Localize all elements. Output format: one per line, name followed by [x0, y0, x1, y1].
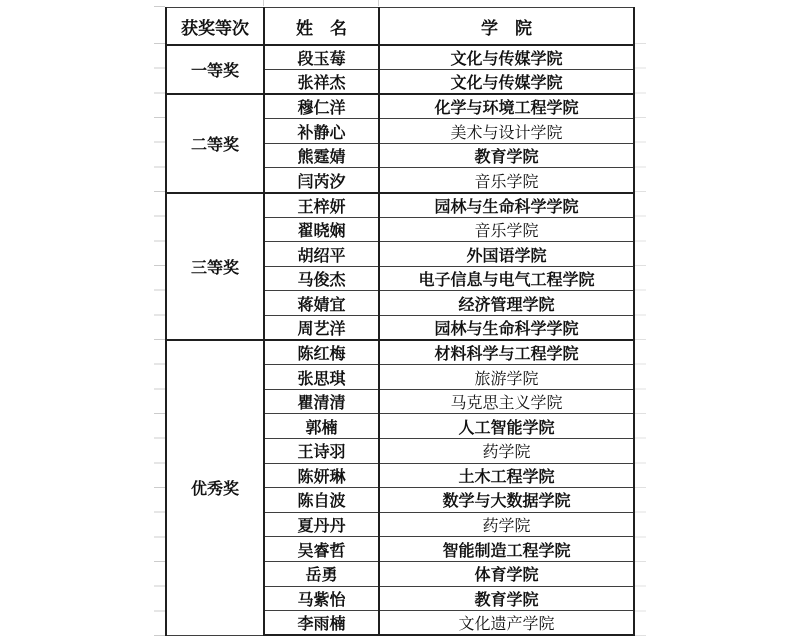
college-cell: 音乐学院 — [379, 217, 634, 242]
college-cell: 药学院 — [379, 439, 634, 464]
name-cell: 张思琪 — [264, 365, 379, 390]
college-cell: 音乐学院 — [379, 168, 634, 193]
name-cell: 郭楠 — [264, 414, 379, 439]
college-cell: 外国语学院 — [379, 242, 634, 267]
table-row: 二等奖 穆仁洋 化学与环境工程学院 — [166, 94, 634, 119]
name-cell: 陈自波 — [264, 488, 379, 513]
table-row: 优秀奖 陈红梅 材料科学与工程学院 — [166, 340, 634, 365]
college-cell: 教育学院 — [379, 586, 634, 611]
name-cell: 蒋婧宜 — [264, 291, 379, 316]
name-cell: 马紫怡 — [264, 586, 379, 611]
name-cell: 王诗羽 — [264, 439, 379, 464]
name-cell: 穆仁洋 — [264, 94, 379, 119]
college-cell: 文化遗产学院 — [379, 611, 634, 636]
gridline-stubs-left — [154, 43, 165, 636]
college-cell: 智能制造工程学院 — [379, 537, 634, 562]
name-cell: 夏丹丹 — [264, 512, 379, 537]
college-cell: 经济管理学院 — [379, 291, 634, 316]
page: 获奖等次 姓 名 学 院 一等奖 段玉莓 文化与传媒学院 张祥杰 文化与传媒学院… — [0, 0, 800, 642]
college-cell: 电子信息与电气工程学院 — [379, 266, 634, 291]
college-cell: 文化与传媒学院 — [379, 70, 634, 95]
name-cell: 李雨楠 — [264, 611, 379, 636]
gridline-stubs-right — [634, 43, 646, 636]
name-cell: 王梓妍 — [264, 193, 379, 218]
name-cell: 周艺洋 — [264, 316, 379, 341]
college-cell: 土木工程学院 — [379, 463, 634, 488]
college-cell: 旅游学院 — [379, 365, 634, 390]
name-cell: 闫芮汐 — [264, 168, 379, 193]
col-header-award-level: 获奖等次 — [166, 8, 264, 46]
name-cell: 补静心 — [264, 119, 379, 144]
name-cell: 陈妍琳 — [264, 463, 379, 488]
college-cell: 数学与大数据学院 — [379, 488, 634, 513]
name-cell: 瞿清清 — [264, 389, 379, 414]
name-cell: 翟晓娴 — [264, 217, 379, 242]
college-cell: 人工智能学院 — [379, 414, 634, 439]
name-cell: 岳勇 — [264, 561, 379, 586]
gridline-stub-header — [154, 6, 165, 7]
college-cell: 材料科学与工程学院 — [379, 340, 634, 365]
college-cell: 化学与环境工程学院 — [379, 94, 634, 119]
college-cell: 园林与生命科学学院 — [379, 316, 634, 341]
name-cell: 吴睿哲 — [264, 537, 379, 562]
college-cell: 教育学院 — [379, 143, 634, 168]
table-row: 三等奖 王梓妍 园林与生命科学学院 — [166, 193, 634, 218]
name-cell: 熊霆婧 — [264, 143, 379, 168]
name-cell: 陈红梅 — [264, 340, 379, 365]
award-level-cell: 优秀奖 — [166, 340, 264, 635]
award-level-cell: 二等奖 — [166, 94, 264, 192]
college-cell: 园林与生命科学学院 — [379, 193, 634, 218]
college-cell: 美术与设计学院 — [379, 119, 634, 144]
college-cell: 马克思主义学院 — [379, 389, 634, 414]
award-table: 获奖等次 姓 名 学 院 一等奖 段玉莓 文化与传媒学院 张祥杰 文化与传媒学院… — [165, 7, 635, 636]
college-cell: 药学院 — [379, 512, 634, 537]
table-row: 一等奖 段玉莓 文化与传媒学院 — [166, 45, 634, 70]
award-level-cell: 三等奖 — [166, 193, 264, 341]
name-cell: 张祥杰 — [264, 70, 379, 95]
gridline-stub-top-2 — [378, 0, 379, 6]
col-header-name: 姓 名 — [264, 8, 379, 46]
name-cell: 段玉莓 — [264, 45, 379, 70]
award-level-cell: 一等奖 — [166, 45, 264, 94]
college-cell: 文化与传媒学院 — [379, 45, 634, 70]
gridline-stub-top-1 — [263, 0, 264, 6]
college-cell: 体育学院 — [379, 561, 634, 586]
header-row: 获奖等次 姓 名 学 院 — [166, 8, 634, 46]
col-header-college: 学 院 — [379, 8, 634, 46]
name-cell: 胡绍平 — [264, 242, 379, 267]
name-cell: 马俊杰 — [264, 266, 379, 291]
